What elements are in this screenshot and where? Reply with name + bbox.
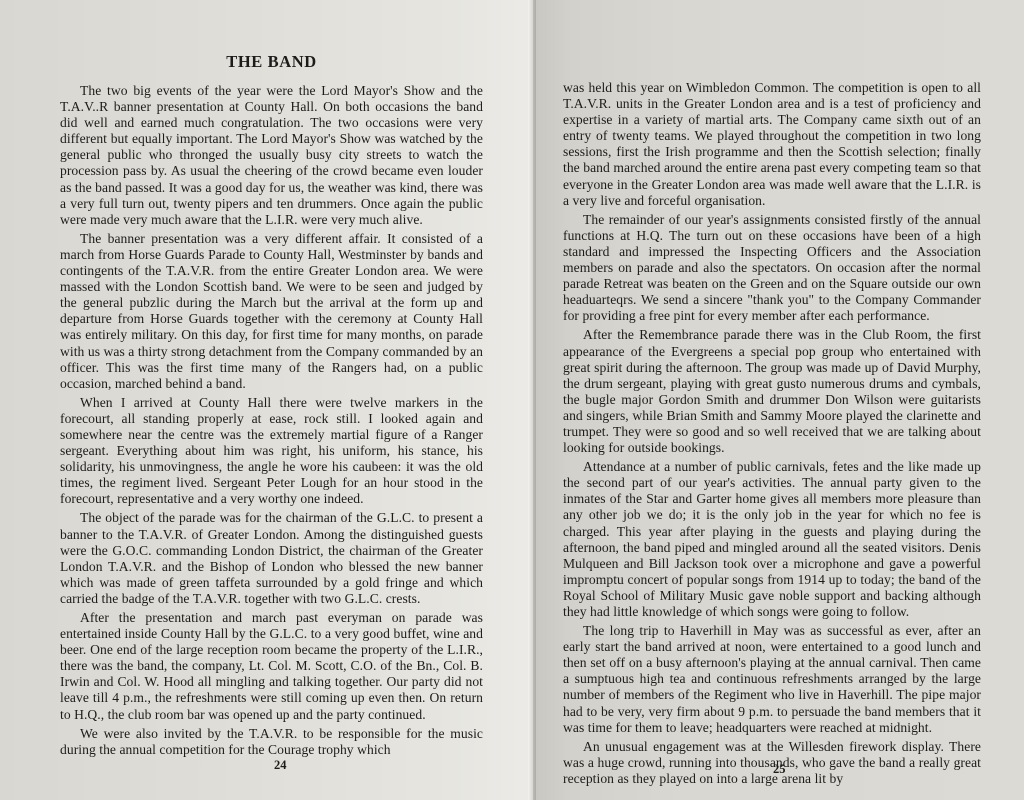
paragraph: After the Remembrance parade there was i…	[563, 327, 981, 456]
paragraph: The object of the parade was for the cha…	[60, 510, 483, 607]
paragraph-continuation: was held this year on Wimbledon Common. …	[563, 80, 981, 209]
paragraph: After the presentation and march past ev…	[60, 610, 483, 723]
paragraph: The two big events of the year were the …	[60, 83, 483, 228]
right-page: was held this year on Wimbledon Common. …	[533, 0, 1024, 800]
paragraph: An unusual engagement was at the Willesd…	[563, 739, 981, 787]
paragraph: The long trip to Haverhill in May was as…	[563, 623, 981, 736]
right-page-body: was held this year on Wimbledon Common. …	[563, 80, 981, 790]
paragraph: The banner presentation was a very diffe…	[60, 231, 483, 392]
paragraph: Attendance at a number of public carniva…	[563, 459, 981, 620]
page-title: THE BAND	[0, 52, 543, 72]
book-gutter	[528, 0, 536, 800]
paragraph: When I arrived at County Hall there were…	[60, 395, 483, 508]
left-page: THE BAND The two big events of the year …	[0, 0, 533, 800]
paragraph: We were also invited by the T.A.V.R. to …	[60, 726, 483, 758]
paragraph: The remainder of our year's assignments …	[563, 212, 981, 325]
book-spread: THE BAND The two big events of the year …	[0, 0, 1024, 800]
page-number: 25	[773, 762, 786, 777]
page-number: 24	[274, 758, 287, 773]
left-page-body: The two big events of the year were the …	[60, 83, 483, 761]
